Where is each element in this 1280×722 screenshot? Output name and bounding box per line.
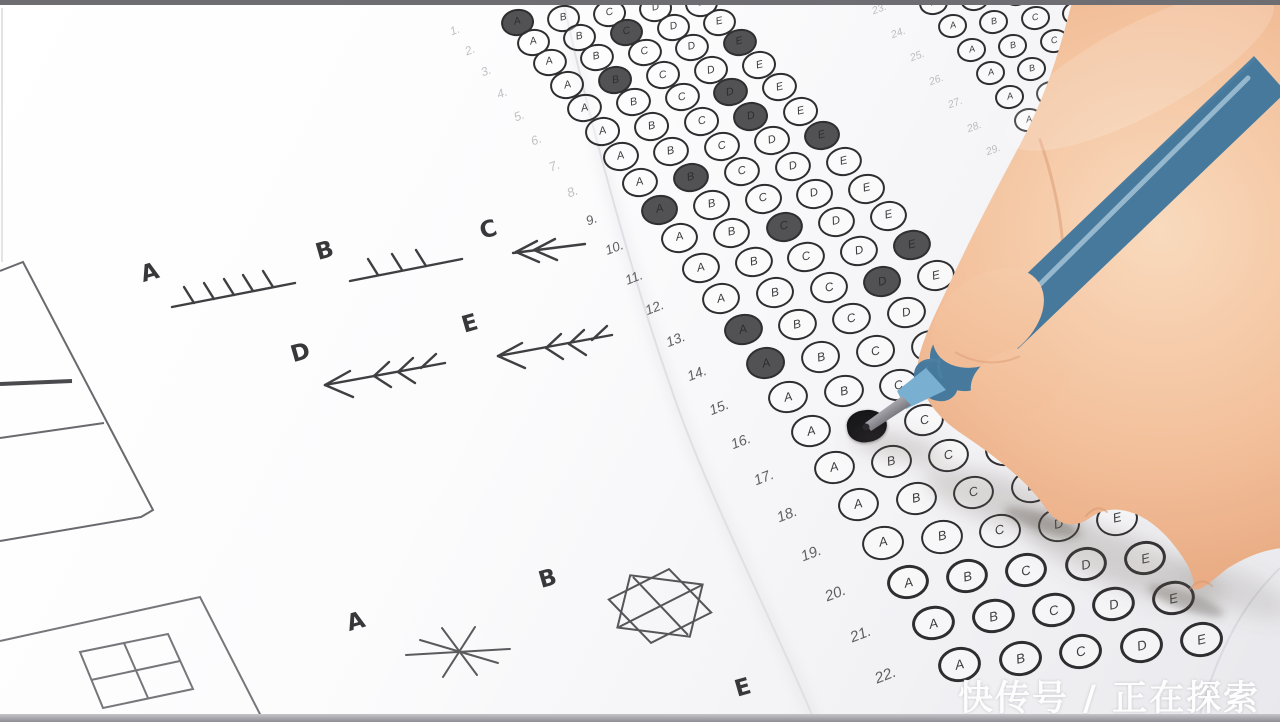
photo-bottom-edge — [0, 714, 1280, 722]
photo-scene: A B C D E A B E 1.ABCDE2.ABCDE3.ABCDE4.A… — [0, 0, 1280, 722]
hand-with-pen — [0, 0, 1280, 722]
photo-top-edge — [0, 0, 1280, 5]
pen-point — [863, 424, 870, 431]
pen-metal-tip — [865, 396, 911, 431]
